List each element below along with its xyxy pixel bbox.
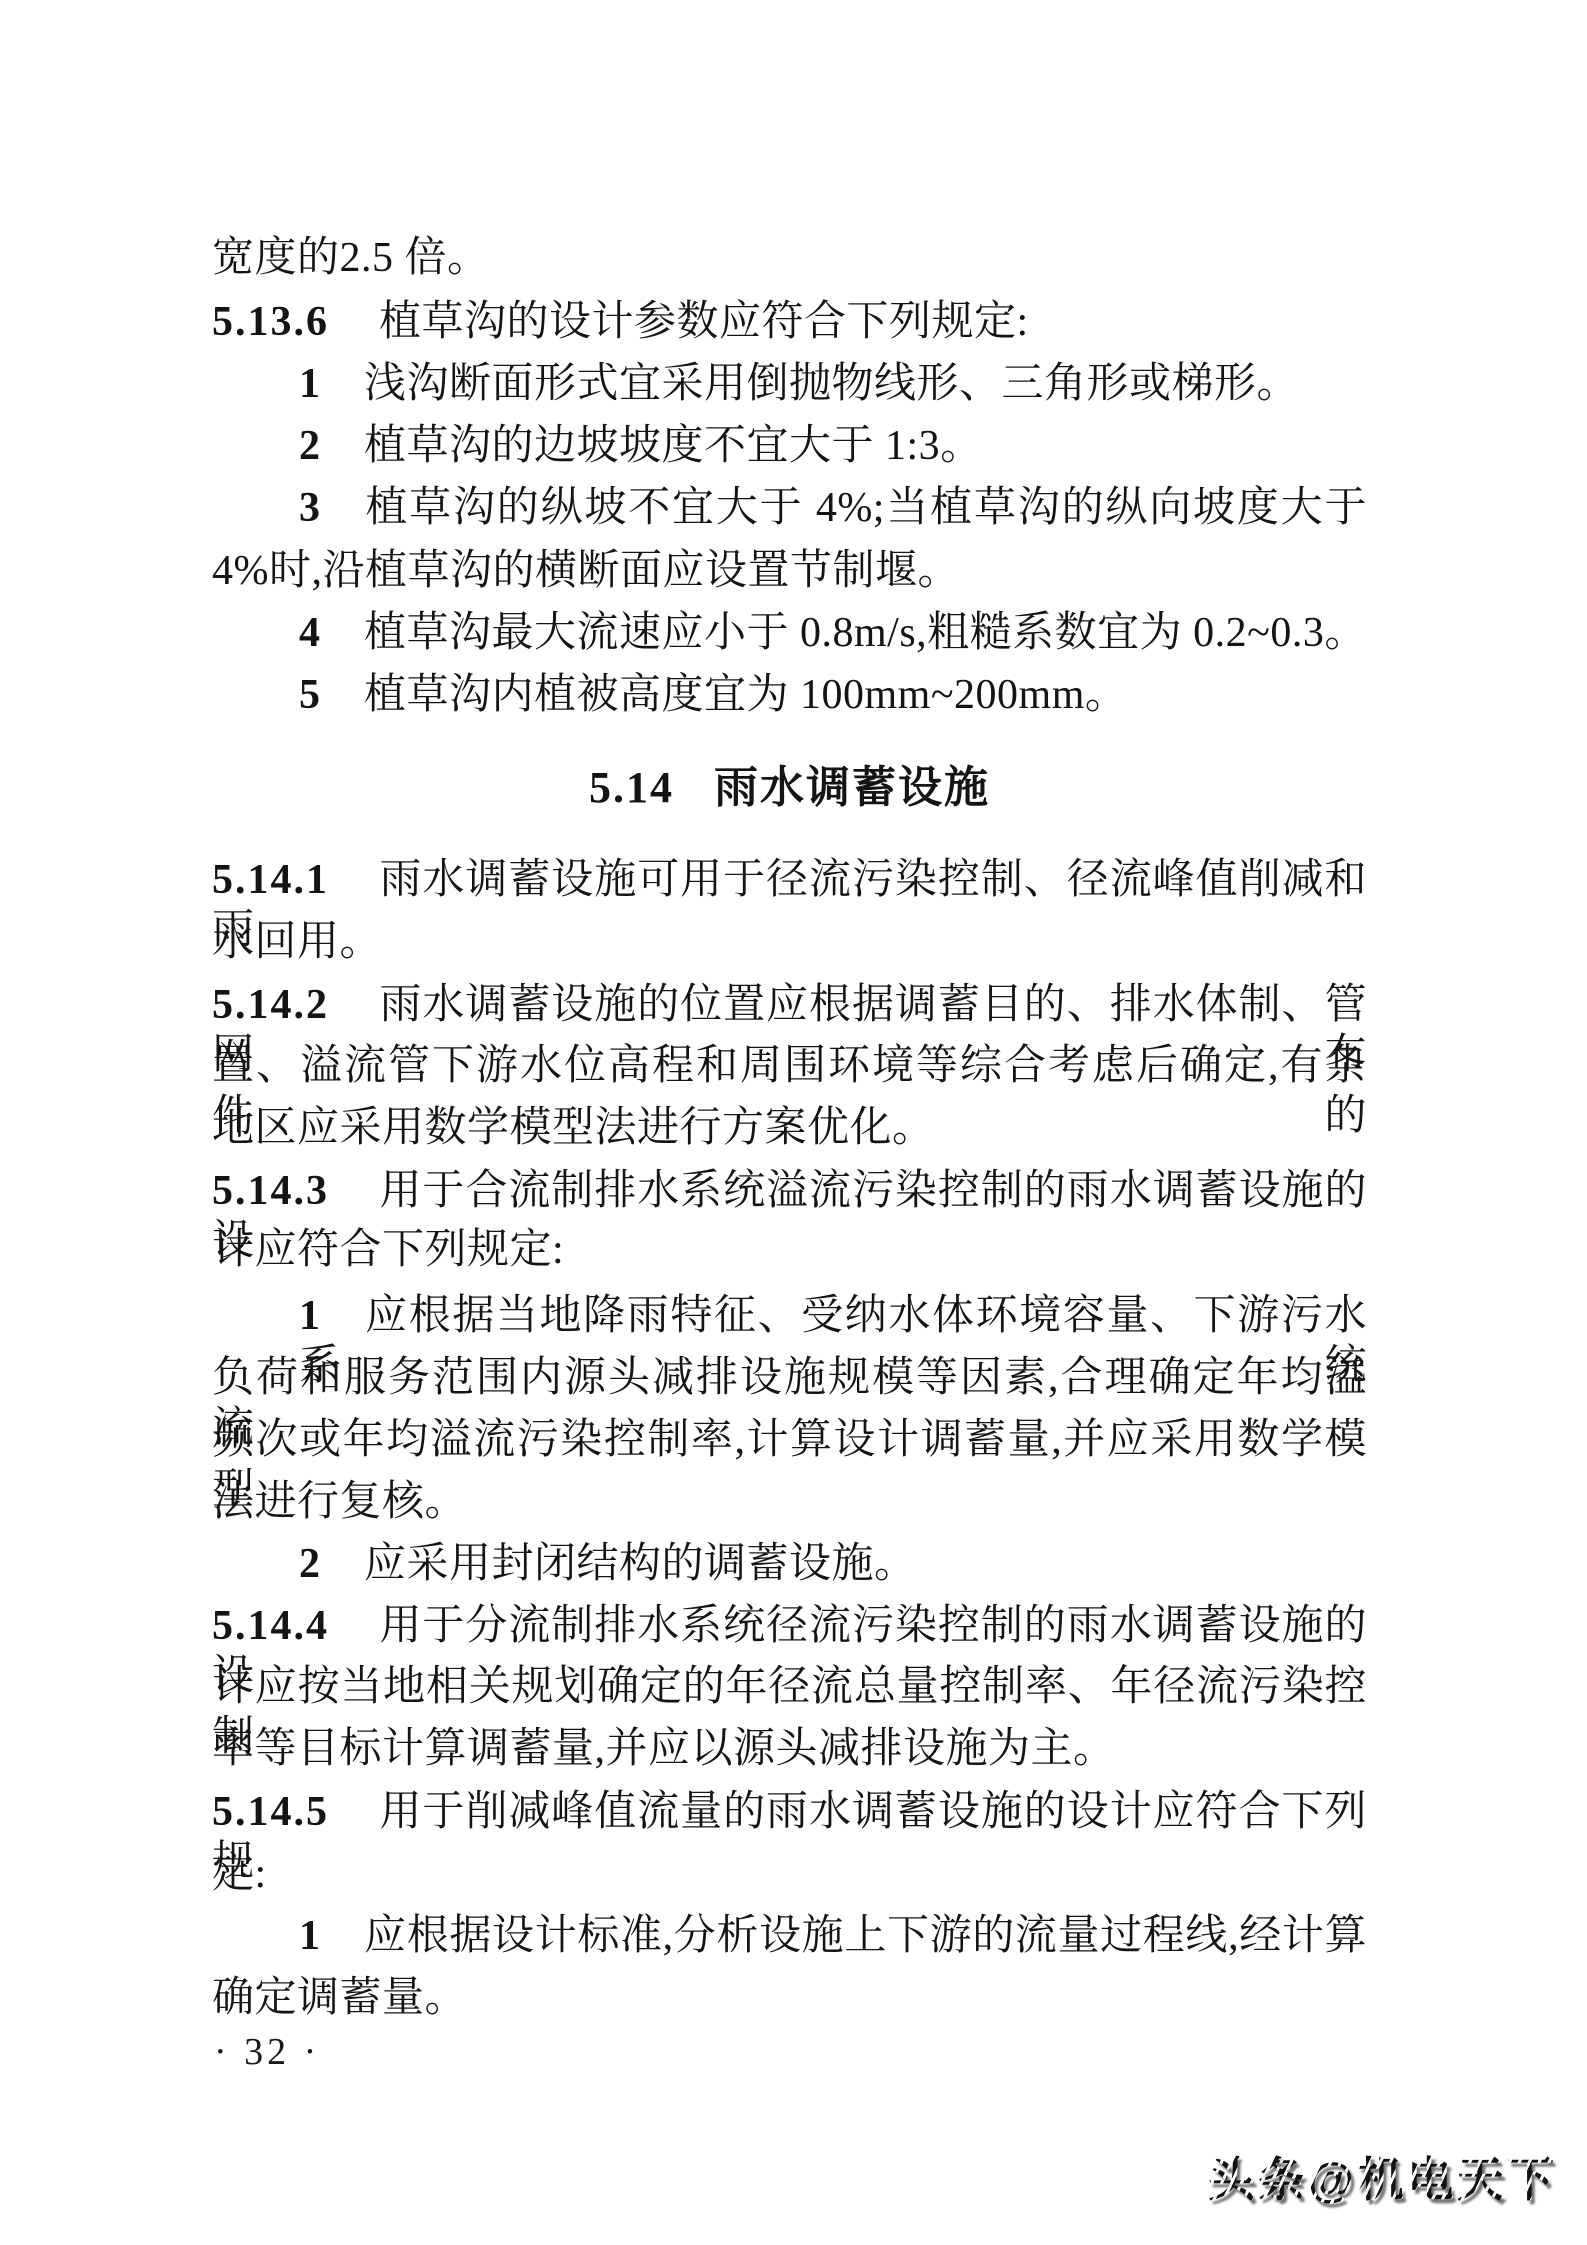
item-number: 3 (299, 485, 322, 531)
list-item-1: 1浅沟断面形式宜采用倒抛物线形、三角形或梯形。 (212, 359, 1367, 409)
list-item-2: 2应采用封闭结构的调蓄设施。 (212, 1539, 1367, 1589)
list-item-5: 5植草沟内植被高度宜为 100mm~200mm。 (212, 670, 1367, 720)
body-line: 宽度的2.5 倍。 (212, 233, 1367, 283)
page-number: · 32 · (214, 2030, 320, 2074)
clause-number: 5.13.6 (212, 299, 329, 345)
item-text: 应根据设计标准,分析设施上下游的流量过程线,经计算 (364, 1913, 1367, 1959)
item-number: 2 (299, 423, 322, 469)
list-item-4: 4植草沟最大流速应小于 0.8m/s,粗糙系数宜为 0.2~0.3。 (212, 608, 1367, 658)
clause-text: 植草沟的设计参数应符合下列规定: (379, 299, 1029, 345)
line-text: 率等目标计算调蓄量,并应以源头减排设施为主。 (212, 1726, 1116, 1772)
list-item-2: 2植草沟的边坡坡度不宜大于 1:3。 (212, 421, 1367, 471)
line-text: 宽度的2.5 倍。 (212, 235, 490, 281)
line-text: 计应符合下列规定: (212, 1227, 564, 1273)
item-text: 应采用封闭结构的调蓄设施。 (364, 1541, 917, 1587)
clause-number: 5.14.3 (212, 1168, 329, 1214)
item-number: 1 (299, 1293, 322, 1339)
clause-number: 5.14.2 (212, 982, 329, 1028)
clause-number: 5.14.1 (212, 857, 329, 903)
body-line: 4%时,沿植草沟的横断面应设置节制堰。 (212, 546, 1367, 596)
body-line: 地区应采用数学模型法进行方案优化。 (212, 1103, 1367, 1153)
item-number: 5 (299, 672, 322, 718)
body-line: 确定调蓄量。 (212, 1973, 1367, 2023)
clause-number: 5.14.4 (212, 1603, 329, 1649)
line-text: 水回用。 (212, 919, 382, 965)
item-number: 4 (299, 610, 322, 656)
line-text: 法进行复核。 (212, 1479, 467, 1525)
item-text: 植草沟的边坡坡度不宜大于 1:3。 (364, 423, 983, 469)
body-line: 定: (212, 1849, 1367, 1899)
body-line: 法进行复核。 (212, 1477, 1367, 1527)
item-number: 1 (299, 1913, 322, 1959)
line-text: 4%时,沿植草沟的横断面应设置节制堰。 (212, 548, 960, 594)
item-text: 植草沟内植被高度宜为 100mm~200mm。 (364, 672, 1127, 718)
section-heading: 5.14雨水调蓄设施 (212, 762, 1367, 814)
clause-5.13.6: 5.13.6植草沟的设计参数应符合下列规定: (212, 297, 1367, 347)
item-text: 植草沟最大流速应小于 0.8m/s,粗糙系数宜为 0.2~0.3。 (364, 610, 1367, 656)
item-text: 植草沟的纵坡不宜大于 4%;当植草沟的纵向坡度大于 (364, 485, 1367, 531)
section-title: 雨水调蓄设施 (714, 763, 990, 812)
body-line: 计应符合下列规定: (212, 1225, 1367, 1275)
body-line: 水回用。 (212, 917, 1367, 967)
list-item-1: 1应根据设计标准,分析设施上下游的流量过程线,经计算 (212, 1911, 1367, 1961)
section-number: 5.14 (589, 763, 674, 812)
line-text: 定: (212, 1851, 267, 1897)
document-page: 宽度的2.5 倍。 5.13.6植草沟的设计参数应符合下列规定: 1浅沟断面形式… (0, 0, 1587, 2245)
item-number: 2 (299, 1541, 322, 1587)
body-line: 率等目标计算调蓄量,并应以源头减排设施为主。 (212, 1724, 1367, 1774)
line-text: 确定调蓄量。 (212, 1975, 467, 2021)
list-item-3: 3植草沟的纵坡不宜大于 4%;当植草沟的纵向坡度大于 (212, 483, 1367, 533)
clause-number: 5.14.5 (212, 1789, 329, 1835)
watermark: 头条@机电天下 (1208, 2152, 1557, 2208)
line-text: 地区应采用数学模型法进行方案优化。 (212, 1105, 935, 1151)
item-text: 浅沟断面形式宜采用倒抛物线形、三角形或梯形。 (364, 361, 1299, 407)
item-number: 1 (299, 361, 322, 407)
